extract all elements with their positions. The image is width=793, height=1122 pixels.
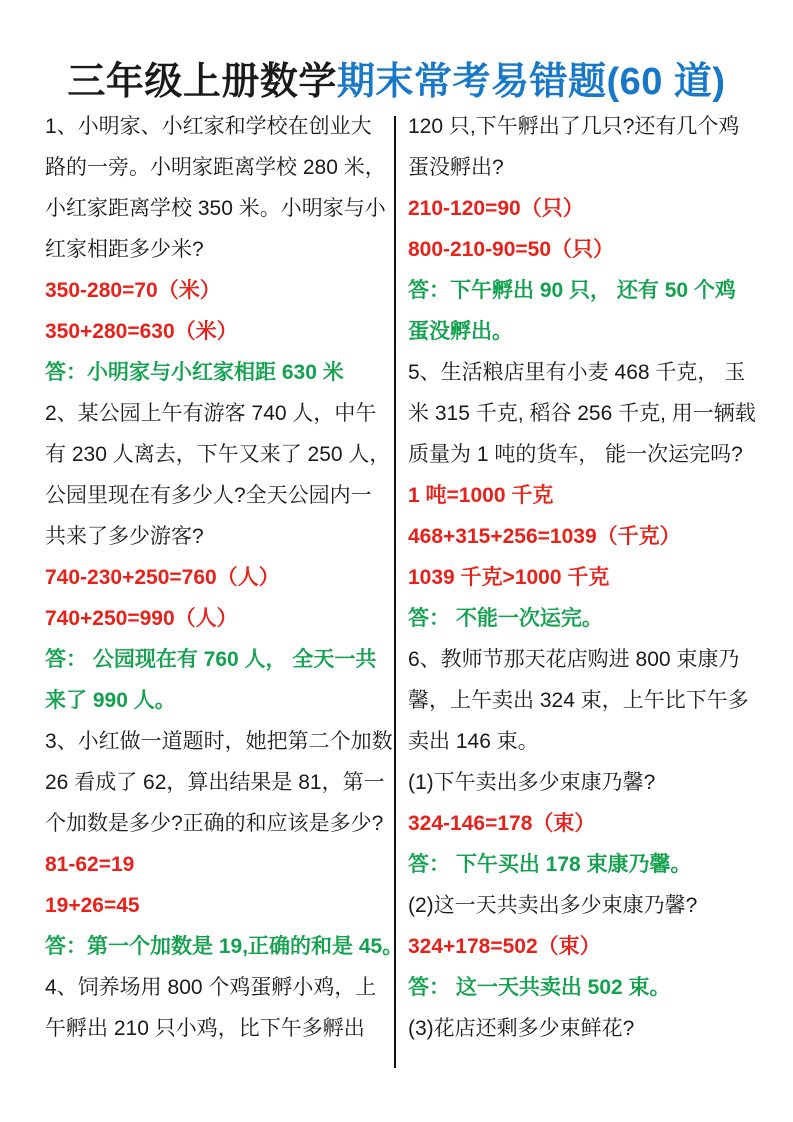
text-line: 2、某公园上午有游客 740 人，中午 [45,393,394,434]
text-line: 有 230 人离去，下午又来了 250 人， [45,434,394,475]
text-line: 卖出 146 束。 [408,721,758,762]
text-line: 1039 千克>1000 千克 [408,557,758,598]
right-column: 120 只,下午孵出了几只?还有几个鸡蛋没孵出?210-120=90（只）800… [408,106,758,1068]
text-line: 1 吨=1000 千克 [408,475,758,516]
text-line: 答： 公园现在有 760 人， 全天一共 [45,639,394,680]
text-line: 答： 下午买出 178 束康乃馨。 [408,844,758,885]
text-line: 468+315+256=1039（千克） [408,516,758,557]
text-line: 公园里现在有多少人?全天公园内一 [45,475,394,516]
page-title: 三年级上册数学期末常考易错题(60 道) [0,50,793,105]
text-line: 答：第一个加数是 19,正确的和是 45。 [45,926,394,967]
text-line: 324+178=502（束） [408,926,758,967]
text-line: 19+26=45 [45,885,394,926]
text-line: 午孵出 210 只小鸡，比下午多孵出 [45,1008,394,1049]
text-line: 26 看成了 62，算出结果是 81，第一 [45,762,394,803]
text-line: 740-230+250=760（人） [45,557,394,598]
text-line: 答： 不能一次运完。 [408,598,758,639]
title-blue-segment: 期末常考易错题(60 道) [337,61,726,103]
text-line: 答：下午孵出 90 只， 还有 50 个鸡 [408,270,758,311]
text-line: 蛋没孵出? [408,147,758,188]
text-line: 小红家距离学校 350 米。小明家与小 [45,188,394,229]
text-line: 蛋没孵出。 [408,311,758,352]
text-line: 馨，上午卖出 324 束，上午比下午多 [408,680,758,721]
text-line: 米 315 千克, 稻谷 256 千克, 用一辆载 [408,393,758,434]
title-black-segment: 三年级上册数学 [67,61,337,103]
text-line: 5、生活粮店里有小麦 468 千克， 玉 [408,352,758,393]
text-line: 个加数是多少?正确的和应该是多少? [45,803,394,844]
text-line: (3)花店还剩多少束鲜花? [408,1008,758,1049]
text-line: 210-120=90（只） [408,188,758,229]
worksheet-page: 三年级上册数学期末常考易错题(60 道) 1、小明家、小红家和学校在创业大路的一… [0,0,793,1122]
text-line: 800-210-90=50（只） [408,229,758,270]
text-line: 答： 这一天共卖出 502 束。 [408,967,758,1008]
text-line: 81-62=19 [45,844,394,885]
text-line: 350-280=70（米） [45,270,394,311]
column-divider [394,116,396,1068]
text-line: 740+250=990（人） [45,598,394,639]
text-line: (2)这一天共卖出多少束康乃馨? [408,885,758,926]
text-line: 共来了多少游客? [45,516,394,557]
text-line: 1、小明家、小红家和学校在创业大 [45,106,394,147]
text-line: 3、小红做一道题时，她把第二个加数 [45,721,394,762]
text-line: 路的一旁。小明家距离学校 280 米， [45,147,394,188]
text-line: 质量为 1 吨的货车， 能一次运完吗? [408,434,758,475]
text-line: 6、教师节那天花店购进 800 束康乃 [408,639,758,680]
text-line: 红家相距多少米? [45,229,394,270]
text-line: 324-146=178（束） [408,803,758,844]
text-line: 4、饲养场用 800 个鸡蛋孵小鸡，上 [45,967,394,1008]
two-column-layout: 1、小明家、小红家和学校在创业大路的一旁。小明家距离学校 280 米，小红家距离… [45,106,758,1068]
left-column: 1、小明家、小红家和学校在创业大路的一旁。小明家距离学校 280 米，小红家距离… [45,106,394,1068]
text-line: 350+280=630（米） [45,311,394,352]
text-line: (1)下午卖出多少束康乃馨? [408,762,758,803]
text-line: 来了 990 人。 [45,680,394,721]
text-line: 答：小明家与小红家相距 630 米 [45,352,394,393]
text-line: 120 只,下午孵出了几只?还有几个鸡 [408,106,758,147]
